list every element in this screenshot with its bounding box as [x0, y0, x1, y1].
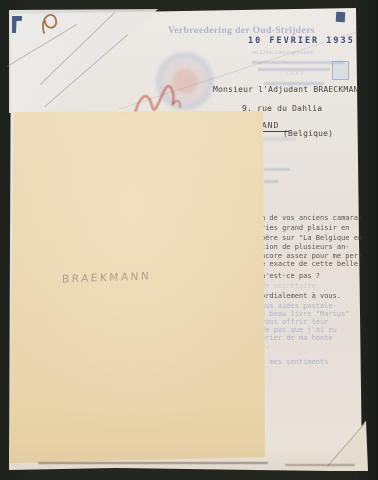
- letterhead-title: Verbroedering der Oud-Strijders: [168, 26, 315, 36]
- bleed-mark: [264, 180, 278, 183]
- letterhead-city-line: GENT: [286, 71, 305, 77]
- bleed-through-line: de pas que j'ai eu: [261, 326, 337, 334]
- blue-corner-mark-top-right: [336, 12, 346, 22]
- body-fragment-line: ordialement à vous.: [261, 292, 341, 300]
- bleed-through-line: ous aides postale-: [261, 302, 337, 310]
- bleed-through-line: erier de ma honte: [261, 334, 333, 342]
- bleed-through-line: vous offrir leur: [261, 318, 328, 326]
- blue-stamp-box: [332, 61, 349, 80]
- recipient-name-line: Monsieur l'Adjudant BRAECKMAN: [213, 85, 358, 94]
- paperclip-icon: [33, 6, 65, 36]
- sheet-edge-shadow: [38, 462, 268, 464]
- body-fragment-line: ries grand plaisir en: [261, 224, 350, 232]
- body-fragment-line: tion de plusieurs an-: [261, 243, 350, 251]
- bleed-through-line: e beau livre "Marius": [261, 310, 350, 318]
- bleed-through-line: e mes sentiments: [261, 358, 328, 366]
- body-fragment-line: e exacte de cette belle: [261, 260, 358, 268]
- sheet-edge-shadow: [285, 464, 355, 466]
- body-fragment-line: n de vos anciens camara-: [261, 214, 362, 222]
- document-scan: des Anciens Verbroedering der Oud-Strijd…: [0, 0, 378, 480]
- bleed-through-line: de secrétaire: [261, 282, 316, 290]
- body-fragment-line: père sur "La Belgique en: [261, 234, 362, 242]
- body-fragment-line: ncore assez pour me per-: [261, 252, 362, 260]
- bleed-mark: [264, 168, 290, 171]
- body-fragment-line: n'est-ce pas ?: [261, 272, 320, 280]
